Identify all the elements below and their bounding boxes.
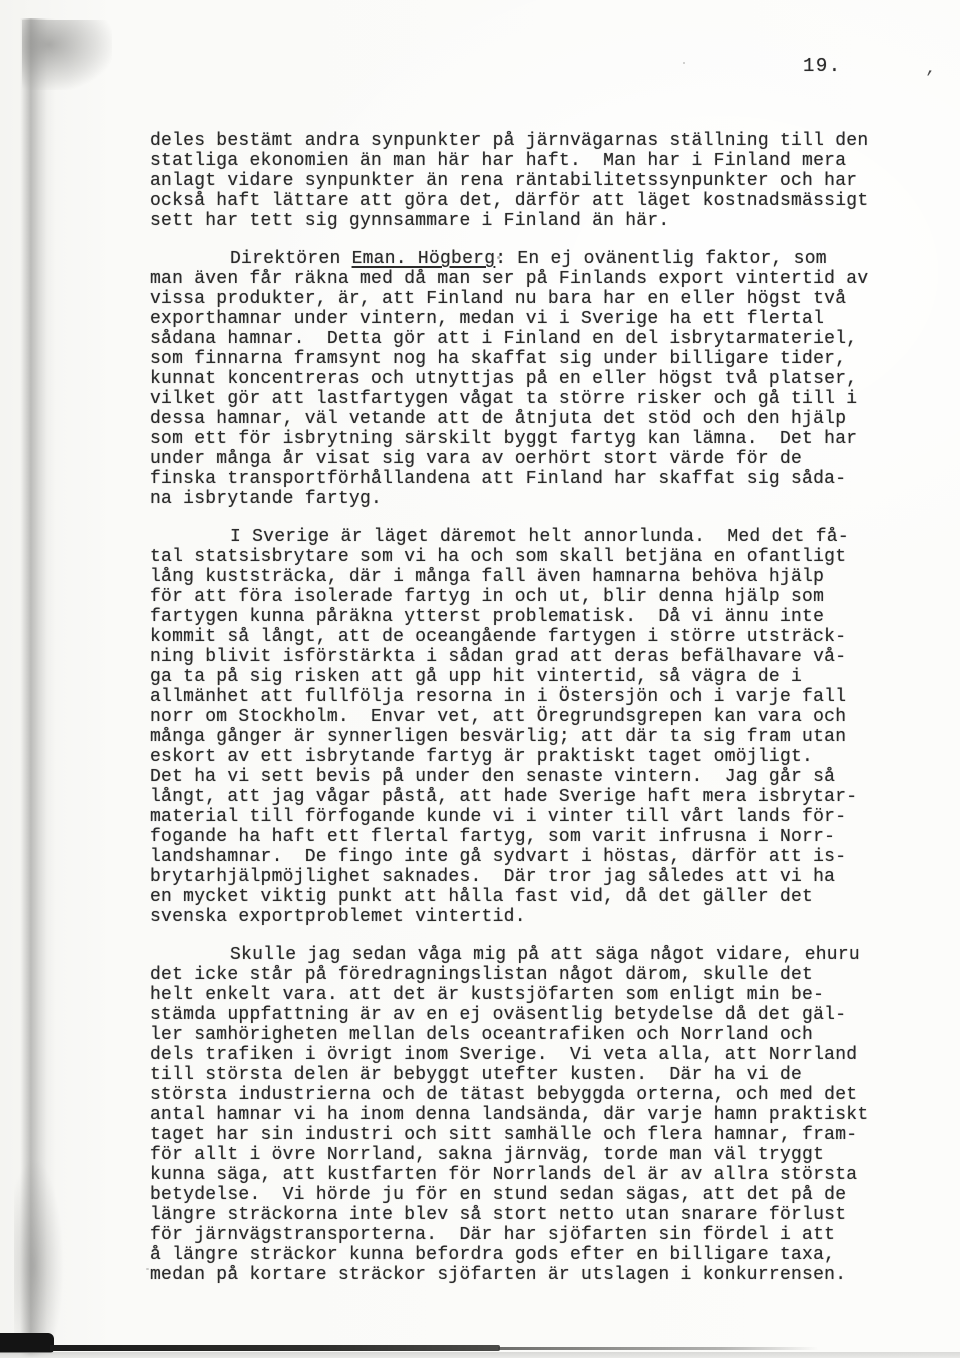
text-line: ler samhörigheten mellan dels oceantrafi… [150,1025,925,1045]
text-line: lång kuststräcka, där i många fall även … [150,567,925,587]
text-line: man även får räkna med då man ser på Fin… [150,269,925,289]
text-line: kunna säga, att kustfarten för Norrlands… [150,1165,925,1185]
text-line: som ett för isbrytning särskilt byggt fa… [150,429,925,449]
text-line: ning blivit isförstärkta i sådan grad at… [150,647,925,667]
text-line: å längre sträckor kunna befordra gods ef… [150,1245,925,1265]
text-line: ga ta på sig risken att gå upp hit vinte… [150,667,925,687]
text-line: sådana hamnar. Detta gör att i Finland e… [150,329,925,349]
scan-smudge-top-left [22,20,112,90]
scan-artifact-black-block [0,1333,54,1353]
text-line: norr om Stockholm. Envar vet, att Öregru… [150,707,925,727]
text-line: antal hamnar vi ha inom denna landsända,… [150,1105,925,1125]
text-segment: Direktören [230,249,352,269]
document-text: deles bestämt andra synpunkter på järnvä… [150,131,925,1285]
scan-artifact-faint-line [498,1347,818,1350]
text-line: dessa hamnar, väl vetande att de åtnjuta… [150,409,925,429]
text-line: fartygen kunna påräkna ytterst problemat… [150,607,925,627]
scan-speckle [146,1268,149,1270]
underlined-name: Eman. Högberg [352,249,496,269]
scan-speckle [683,62,685,64]
text-line: dels trafiken i övrigt inom Sverige. Vi … [150,1045,925,1065]
text-line: vilket gör att lastfartygen vågat ta stö… [150,389,925,409]
text-line: material till förfogande kunde vi i vint… [150,807,925,827]
text-line: tal statsisbrytare som vi ha och som ska… [150,547,925,567]
text-line: anlagt vidare synpunkter än rena räntabi… [150,171,925,191]
paragraph: deles bestämt andra synpunkter på järnvä… [150,131,925,231]
text-line: allmänhet att fullfölja resorna in i Öst… [150,687,925,707]
text-line: Direktören Eman. Högberg: En ej ovänentl… [150,249,925,269]
scanned-document-page: 19. , deles bestämt andra synpunkter på … [0,0,960,1358]
text-line: helt enkelt vara. att det är kustsjöfart… [150,985,925,1005]
text-line: också haft lättare att göra det, därför … [150,191,925,211]
scan-edge-strip [0,1352,960,1358]
text-line: fogande ha haft ett flertal fartyg, som … [150,827,925,847]
paragraph: I Sverige är läget däremot helt annorlun… [150,527,925,927]
text-line: statliga ekonomien än man här har haft. … [150,151,925,171]
scan-speckle [497,256,500,259]
text-line: landshamnar. De fingo inte gå sydvart i … [150,847,925,867]
text-line: brytarhjälpmöjlighet saknades. Där tror … [150,867,925,887]
text-line: sett har tett sig gynnsammare i Finland … [150,211,925,231]
text-line: eskort av ett isbrytande fartyg är prakt… [150,747,925,767]
text-line: för att föra isolerade fartyg in och ut,… [150,587,925,607]
text-line: största industrierna och de tätast bebyg… [150,1085,925,1105]
text-line: svenska exportproblemet vintertid. [150,907,925,927]
stray-comma-mark: , [925,59,938,79]
text-line: en mycket viktig punkt att hålla fast vi… [150,887,925,907]
text-line: till största delen är bebyggt utefter ku… [150,1065,925,1085]
text-line: I Sverige är läget däremot helt annorlun… [150,527,925,547]
text-line: under många år visat sig vara av oerhört… [150,449,925,469]
scan-speckle [366,338,368,340]
text-line: längre sträckorna inte blev så stort net… [150,1205,925,1225]
text-line: för järnvägstransporterna. Där har sjöfa… [150,1225,925,1245]
text-line: na isbrytande fartyg. [150,489,925,509]
scan-shadow-bottom-left [14,1158,64,1338]
scan-artifact-black-line [50,1345,500,1351]
text-line: Skulle jag sedan våga mig på att säga nå… [150,945,925,965]
text-line: taget har sin industri och sitt samhälle… [150,1125,925,1145]
scan-shadow-left-band [20,18,56,1358]
text-line: betydelse. Vi hörde ju för en stund seda… [150,1185,925,1205]
text-line: medan på kortare sträckor sjöfarten är u… [150,1265,925,1285]
text-line: många gånger är synnerligen besvärlig; a… [150,727,925,747]
paragraph: Direktören Eman. Högberg: En ej ovänentl… [150,249,925,509]
text-segment: : En ej ovänentlig faktor, som [495,249,827,269]
text-line: det icke står på föredragningslistan någ… [150,965,925,985]
text-line: vissa produkter, är, att Finland nu bara… [150,289,925,309]
text-line: deles bestämt andra synpunkter på järnvä… [150,131,925,151]
paragraph: Skulle jag sedan våga mig på att säga nå… [150,945,925,1285]
text-line: långt, att jag vågar påstå, att hade Sve… [150,787,925,807]
text-line: exporthamnar under vintern, medan vi i S… [150,309,925,329]
text-line: kunnat koncentreras och utnyttjas på en … [150,369,925,389]
text-line: som finnarna framsynt nog ha skaffat sig… [150,349,925,369]
text-line: stämda uppfattning är av en ej oväsentli… [150,1005,925,1025]
text-line: finska transportförhållandena att Finlan… [150,469,925,489]
text-line: Det ha vi sett bevis på under den senast… [150,767,925,787]
text-line: kommit så långt, att de oceangående fart… [150,627,925,647]
page-number: 19. [803,55,842,77]
text-line: för allt i övre Norrland, sakna järnväg,… [150,1145,925,1165]
